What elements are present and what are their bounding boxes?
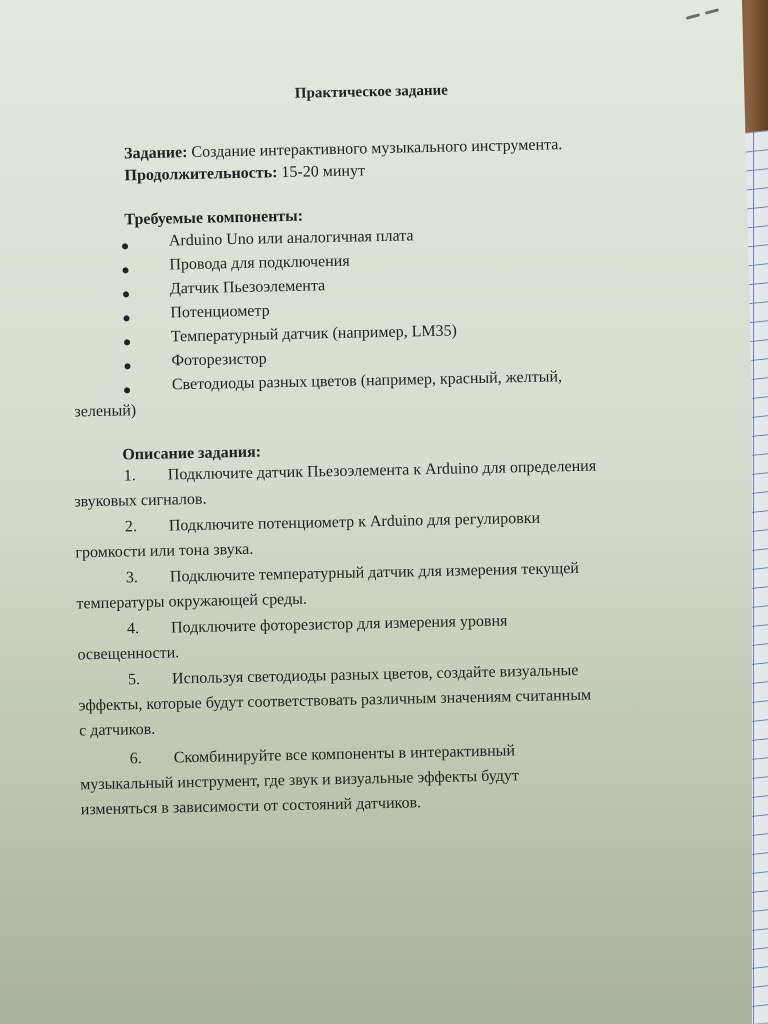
step-text-line: Подключите потенциометр к Arduino для ре… — [169, 510, 541, 536]
duration-label: Продолжительность: — [124, 164, 277, 184]
bullet-icon — [122, 243, 128, 249]
step-text-line: изменяться в зависимости от состояний да… — [81, 794, 422, 819]
duration-line: Продолжительность: 15-20 минут — [124, 162, 365, 185]
step-number: 4. — [127, 620, 139, 638]
step-number: 2. — [125, 518, 137, 536]
step-number: 5. — [128, 671, 140, 689]
components-heading: Требуемые компоненты: — [124, 208, 303, 230]
task-label: Задание: — [124, 144, 188, 162]
component-item-continuation: зеленый) — [74, 402, 136, 421]
component-item: Провода для подключения — [169, 253, 350, 275]
component-item: Датчик Пьезоэлемента — [170, 277, 326, 298]
step-text-line: с датчиков. — [79, 721, 155, 741]
bullet-icon — [124, 387, 130, 393]
step-number: 3. — [126, 569, 138, 587]
step-text-line: громкости или тона звука. — [75, 541, 253, 563]
step-text-line: звуковых сигналов. — [74, 491, 207, 512]
step-number: 6. — [130, 750, 142, 768]
bullet-icon — [122, 267, 128, 273]
document: Практическое задание Задание: Создание и… — [0, 0, 768, 1024]
task-line: Задание: Создание интерактивного музыкал… — [124, 136, 563, 163]
step-text-line: освещенности. — [77, 644, 179, 664]
step-number: 1. — [124, 467, 136, 485]
component-item: Потенциометр — [170, 302, 270, 322]
component-item: Фоторезистор — [171, 350, 267, 370]
component-item: Arduino Uno или аналогичная плата — [169, 227, 414, 250]
bullet-icon — [123, 315, 129, 321]
step-text-line: Подключите фоторезистор для измерения ур… — [171, 612, 508, 637]
step-text-line: эффекты, которые будут соответствовать р… — [78, 687, 591, 716]
bullet-icon — [124, 363, 130, 369]
step-text-line: температуры окружающей среды. — [76, 591, 307, 614]
step-text-line: Скомбинируйте все компоненты в интеракти… — [174, 742, 516, 767]
step-text-line: музыкальный инструмент, где звук и визуа… — [80, 767, 519, 794]
step-text-line: Подключите температурный датчик для изме… — [170, 560, 579, 587]
bullet-icon — [123, 291, 129, 297]
component-item: Светодиоды разных цветов (например, крас… — [172, 366, 682, 395]
bullet-icon — [124, 339, 130, 345]
component-item: Температурный датчик (например, LM35) — [171, 322, 457, 346]
duration-value: 15-20 минут — [281, 162, 365, 181]
step-text-line: Используя светодиоды разных цветов, созд… — [172, 662, 579, 689]
task-value: Создание интерактивного музыкального инс… — [191, 136, 562, 161]
document-title: Практическое задание — [295, 83, 448, 103]
description-heading: Описание задания: — [122, 444, 261, 465]
